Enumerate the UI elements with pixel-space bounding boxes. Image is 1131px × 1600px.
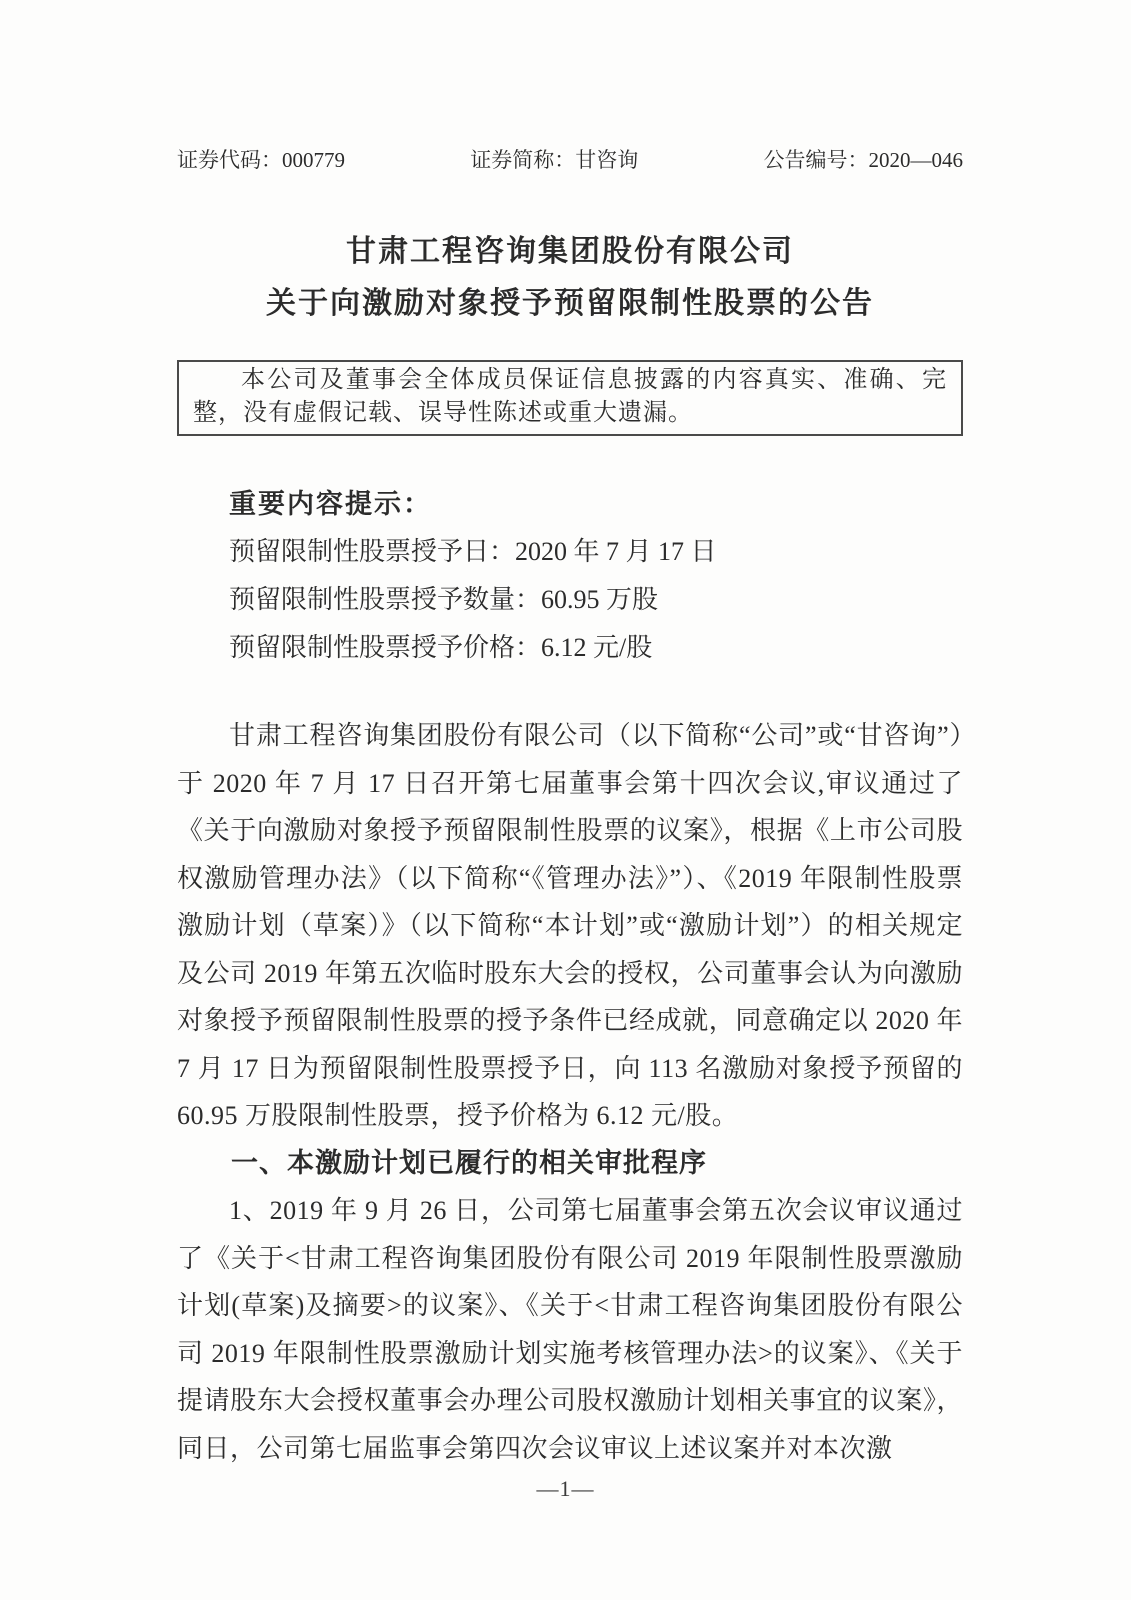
stock-code: 证券代码：000779	[177, 148, 345, 172]
document-header: 证券代码：000779 证券简称：甘咨询 公告编号：2020—046	[177, 148, 963, 172]
document-body: 甘肃工程咨询集团股份有限公司（以下简称“公司”或“甘咨询”）于 2020 年 7…	[177, 712, 963, 1472]
important-notice-heading: 重要内容提示：	[229, 480, 963, 528]
stock-abbr: 证券简称：甘咨询	[470, 148, 638, 172]
grant-price-line: 预留限制性股票授予价格：6.12 元/股	[229, 624, 963, 672]
announcement-page: 证券代码：000779 证券简称：甘咨询 公告编号：2020—046 甘肃工程咨…	[0, 0, 1131, 1600]
disclaimer-text: 本公司及董事会全体成员保证信息披露的内容真实、准确、完整，没有虚假记载、误导性陈…	[193, 364, 947, 430]
page-number: —1—	[0, 1476, 1131, 1502]
disclaimer-box: 本公司及董事会全体成员保证信息披露的内容真实、准确、完整，没有虚假记载、误导性陈…	[177, 360, 963, 436]
grant-quantity-line: 预留限制性股票授予数量：60.95 万股	[229, 576, 963, 624]
grant-date-line: 预留限制性股票授予日：2020 年 7 月 17 日	[229, 528, 963, 576]
important-notice-section: 重要内容提示： 预留限制性股票授予日：2020 年 7 月 17 日 预留限制性…	[177, 480, 963, 672]
announcement-number: 公告编号：2020—046	[764, 148, 964, 172]
page-content: 证券代码：000779 证券简称：甘咨询 公告编号：2020—046 甘肃工程咨…	[177, 0, 963, 1475]
body-paragraph-1: 甘肃工程咨询集团股份有限公司（以下简称“公司”或“甘咨询”）于 2020 年 7…	[177, 712, 963, 1140]
document-title-line2: 关于向激励对象授予预留限制性股票的公告	[177, 278, 963, 330]
document-title-line1: 甘肃工程咨询集团股份有限公司	[177, 226, 963, 278]
section-1-heading: 一、本激励计划已履行的相关审批程序	[177, 1140, 963, 1188]
document-title: 甘肃工程咨询集团股份有限公司 关于向激励对象授予预留限制性股票的公告	[177, 226, 963, 330]
body-paragraph-2: 1、2019 年 9 月 26 日，公司第七届董事会第五次会议审议通过了《关于<…	[177, 1187, 963, 1472]
